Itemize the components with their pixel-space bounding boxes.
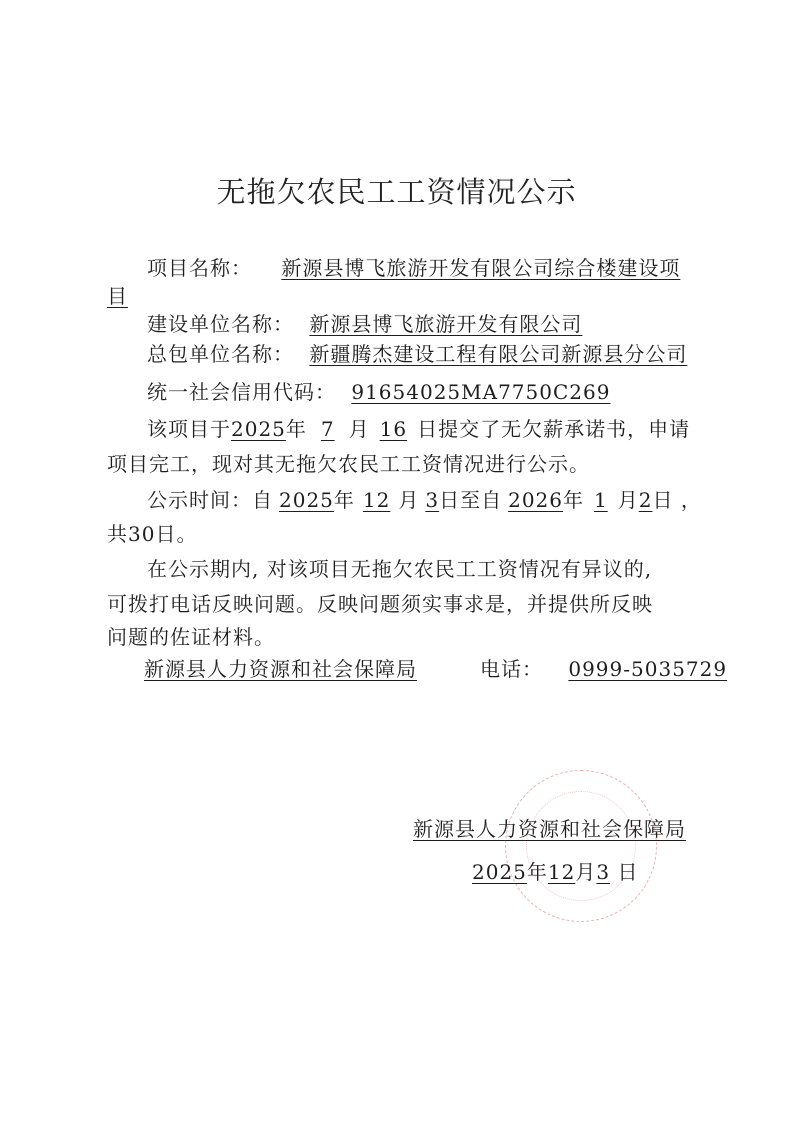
general-contractor-row: 总包单位名称： 新疆腾杰建设工程有限公司新源县分公司 [147,342,687,366]
objection-line3: 问题的佐证材料。 [107,625,275,649]
credit-code-row: 统一社会信用代码： 91654025MA7750C269 [147,380,610,404]
period-start-month: 12 [355,488,398,512]
commitment-day: 16 [370,417,417,441]
signature-date: 2025年12月3 日 [472,860,638,884]
credit-code-value: 91654025MA7750C269 [343,380,610,404]
project-name-label: 项目名称： [147,256,252,280]
period-end-month: 1 [584,488,618,512]
objection-line1: 在公示期内, 对该项目无拖欠农民工工资情况有异议的, [147,557,652,581]
period-end-year: 2026 [502,488,563,512]
period-total: 共30日。 [107,522,197,546]
commitment-month: 7 [307,417,349,441]
commitment-year: 2025 [231,417,286,441]
signature-agency: 新源县人力资源和社会保障局 [413,817,686,841]
construction-unit-value: 新源县博飞旅游开发有限公司 [301,312,582,336]
phone-value: 0999-5035729 [550,657,727,681]
period-end-day: 2 [639,488,653,512]
period-start-day: 3 [419,488,439,512]
commitment-row: 该项目于2025年7月16日提交了无欠薪承诺书，申请 [147,417,690,441]
general-contractor-label: 总包单位名称： [147,342,294,366]
project-name-value: 新源县博飞旅游开发有限公司综合楼建设项 [259,256,680,280]
period-row: 公示时间：自2025年12月3日至自2026年1月2日 ， [147,488,702,512]
project-name-value-line2: 目 [107,284,128,308]
project-name-row: 项目名称： 新源县博飞旅游开发有限公司综合楼建设项 [147,256,680,280]
phone-label: 电话： [480,657,543,681]
official-seal [505,770,657,922]
objection-line2: 可拨打电话反映问题。反映问题须实事求是，并提供所反映 [107,592,653,616]
project-name-continuation: 目 [107,284,128,308]
construction-unit-row: 建设单位名称： 新源县博飞旅游开发有限公司 [147,312,582,336]
period-start-year: 2025 [273,488,334,512]
document-title: 无拖欠农民工工资情况公示 [0,170,793,211]
construction-unit-label: 建设单位名称： [147,312,294,336]
commitment-line2: 项目完工，现对其无拖欠农民工工资情况进行公示。 [107,452,590,476]
general-contractor-value: 新疆腾杰建设工程有限公司新源县分公司 [301,342,687,366]
contact-phone-row: 电话： 0999-5035729 [480,657,727,681]
credit-code-label: 统一社会信用代码： [147,380,336,404]
contact-agency: 新源县人力资源和社会保障局 [144,657,417,681]
